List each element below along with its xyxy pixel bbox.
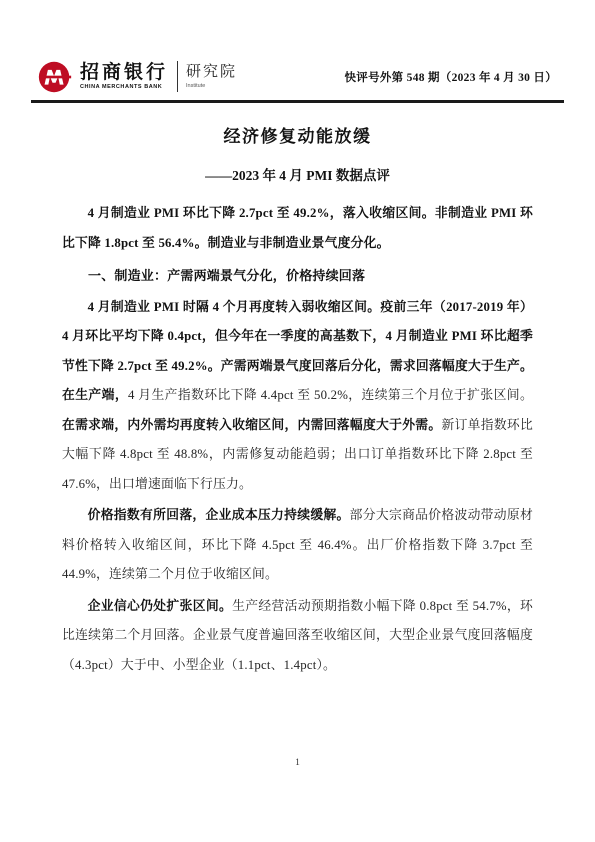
issue-info: 快评号外第 548 期（2023 年 4 月 30 日）	[344, 69, 564, 85]
text-run: 在需求端，内外需均再度转入收缩区间，内需回落幅度大于外需。	[62, 418, 441, 432]
paragraph: 价格指数有所回落，企业成本压力持续缓解。部分大宗商品价格波动带动原材料价格转入收…	[62, 501, 533, 590]
text-run: 4 月制造业 PMI 环比下降 2.7pct 至 49.2%，落入收缩区间。非制…	[62, 206, 533, 250]
section-heading: 一、制造业：产需两端景气分化，价格持续回落	[62, 261, 533, 291]
header-rule	[31, 100, 564, 103]
division-name: 研究院	[186, 64, 237, 81]
paragraph: 企业信心仍处扩张区间。生产经营活动预期指数小幅下降 0.8pct 至 54.7%…	[62, 592, 533, 681]
document-title: 经济修复动能放缓	[62, 124, 533, 150]
paragraph: 4 月制造业 PMI 时隔 4 个月再度转入弱收缩区间。疫前三年（2017-20…	[62, 293, 533, 500]
text-run: 价格指数有所回落，企业成本压力持续缓解。	[88, 508, 350, 522]
report-header: 招商银行 CHINA MERCHANTS BANK 研究院 Institute …	[31, 53, 564, 100]
text-run: 一、制造业：产需两端景气分化，价格持续回落	[88, 268, 365, 283]
text-run: 4 月制造业 PMI 时隔 4 个月再度转入弱收缩区间。疫前三年（2017-20…	[62, 300, 533, 403]
bank-name-block: 招商银行 CHINA MERCHANTS BANK	[80, 63, 168, 90]
document-content: 经济修复动能放缓 ——2023 年 4 月 PMI 数据点评 4 月制造业 PM…	[62, 118, 533, 680]
document-subtitle: ——2023 年 4 月 PMI 数据点评	[62, 166, 533, 186]
bank-name-en: CHINA MERCHANTS BANK	[80, 84, 168, 90]
text-run: 企业信心仍处扩张区间。	[88, 599, 233, 613]
document-body: 4 月制造业 PMI 环比下降 2.7pct 至 49.2%，落入收缩区间。非制…	[62, 199, 533, 680]
brand-divider	[177, 61, 178, 92]
document-page: 招商银行 CHINA MERCHANTS BANK 研究院 Institute …	[0, 0, 595, 842]
page-number: 1	[295, 758, 300, 768]
paragraph: 4 月制造业 PMI 环比下降 2.7pct 至 49.2%，落入收缩区间。非制…	[62, 199, 533, 258]
bank-name: 招商银行	[80, 63, 168, 83]
cmb-logo-icon	[36, 58, 74, 96]
bank-brand: 招商银行 CHINA MERCHANTS BANK 研究院 Institute	[31, 58, 237, 96]
page-footer: 1	[0, 752, 595, 770]
division-block: 研究院 Institute	[186, 64, 237, 89]
text-run: 4 月生产指数环比下降 4.4pct 至 50.2%，连续第三个月位于扩张区间。	[128, 388, 533, 402]
division-name-en: Institute	[186, 83, 237, 89]
